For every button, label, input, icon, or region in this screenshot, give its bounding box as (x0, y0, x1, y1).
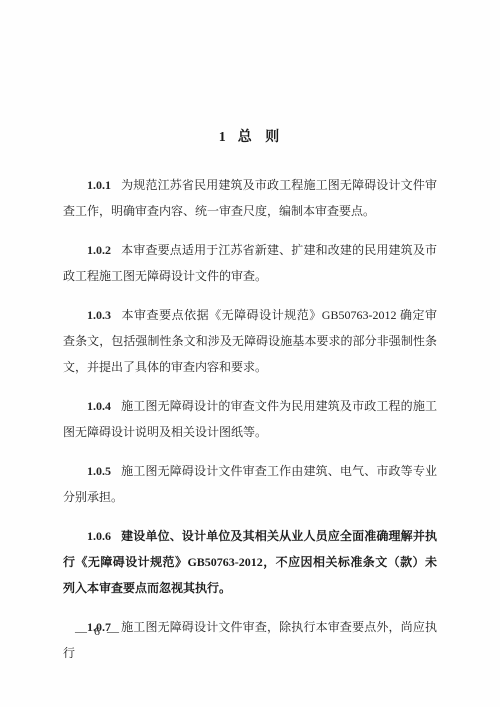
page-number: — 6 — (75, 624, 121, 639)
clause-number: 1.0.6 (87, 529, 111, 543)
clause-text: 本审查要点适用于江苏省新建、扩建和改建的民用建筑及市政工程施工图无障碍设计文件的… (63, 243, 437, 283)
clause-1-0-4: 1.0.4施工图无障碍设计的审查文件为民用建筑及市政工程的施工图无障碍设计说明及… (63, 393, 437, 445)
document-page: 1总 则 1.0.1为规范江苏省民用建筑及市政工程施工图无障碍设计文件审查工作，… (0, 0, 500, 707)
clause-text: 施工图无障碍设计的审查文件为民用建筑及市政工程的施工图无障碍设计说明及相关设计图… (63, 399, 437, 439)
clause-text: 施工图无障碍设计文件审查工作由建筑、电气、市政等专业分别承担。 (63, 464, 437, 504)
clause-1-0-7: 1.0.7施工图无障碍设计文件审查，除执行本审查要点外，尚应执行 (63, 614, 437, 666)
clause-1-0-3: 1.0.3本审查要点依据《无障碍设计规范》GB50763-2012 确定审查条文… (63, 302, 437, 380)
chapter-title: 1总 则 (63, 126, 437, 146)
clause-number: 1.0.3 (87, 308, 111, 322)
clause-number: 1.0.4 (87, 399, 111, 413)
clause-number: 1.0.1 (87, 178, 111, 192)
clause-1-0-5: 1.0.5施工图无障碍设计文件审查工作由建筑、电气、市政等专业分别承担。 (63, 458, 437, 510)
clause-text: 为规范江苏省民用建筑及市政工程施工图无障碍设计文件审查工作，明确审查内容、统一审… (63, 178, 437, 218)
clause-text: 建设单位、设计单位及其相关从业人员应全面准确理解并执行《无障碍设计规范》GB50… (63, 529, 437, 595)
chapter-name: 总 则 (238, 130, 282, 145)
clause-1-0-1: 1.0.1为规范江苏省民用建筑及市政工程施工图无障碍设计文件审查工作，明确审查内… (63, 172, 437, 224)
clause-number: 1.0.5 (87, 464, 111, 478)
clause-text: 本审查要点依据《无障碍设计规范》GB50763-2012 确定审查条文，包括强制… (63, 308, 437, 374)
clause-1-0-2: 1.0.2本审查要点适用于江苏省新建、扩建和改建的民用建筑及市政工程施工图无障碍… (63, 237, 437, 289)
clause-number: 1.0.2 (87, 243, 111, 257)
clause-1-0-6: 1.0.6建设单位、设计单位及其相关从业人员应全面准确理解并执行《无障碍设计规范… (63, 523, 437, 601)
chapter-number: 1 (219, 130, 228, 145)
